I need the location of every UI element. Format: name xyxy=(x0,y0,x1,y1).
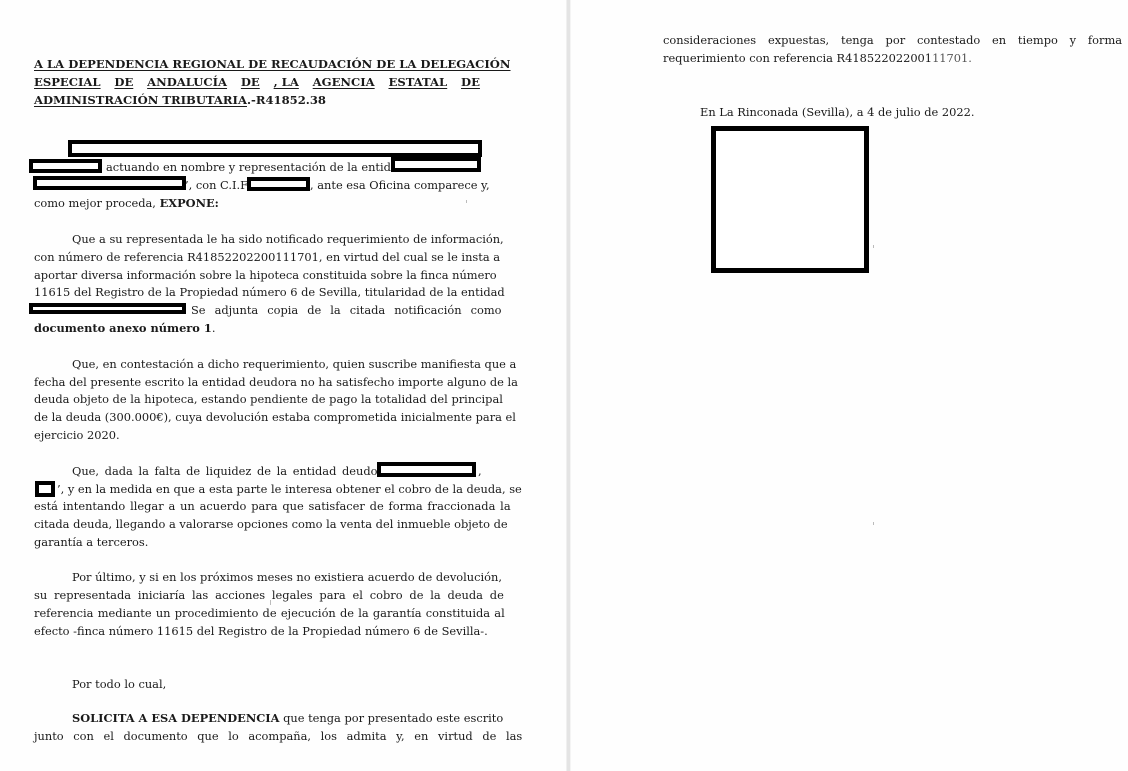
scan-speck xyxy=(270,600,271,605)
redaction-entity-name-2 xyxy=(33,176,186,190)
scan-speck xyxy=(466,200,467,203)
p1-line: documento anexo número 1. xyxy=(34,321,215,335)
p1-text: . xyxy=(212,321,216,335)
p6-line: SOLICITA A ESA DEPENDENCIA que tenga por… xyxy=(72,711,503,725)
p1-text: con número de referencia R41852202200111… xyxy=(34,250,500,264)
place-and-date: En La Rinconada (Sevilla), a 4 de julio … xyxy=(700,105,975,119)
document-page-2: consideraciones expuestas, tenga por con… xyxy=(571,0,1128,771)
p1-line: 11615 del Registro de la Propiedad númer… xyxy=(34,285,505,299)
heading-reference: .-R41852.38 xyxy=(247,93,326,107)
heading-word: , LA xyxy=(274,73,299,91)
heading-line-3: ADMINISTRACIÓN TRIBUTARIA.-R41852.38 xyxy=(34,91,480,109)
intro-line-2b: , ante esa Oficina comparece y, xyxy=(310,178,490,192)
redaction-entity-name-p1 xyxy=(29,303,186,314)
p1-line: aportar diversa información sobre la hip… xyxy=(34,268,497,282)
p4-line: su representada iniciaría las acciones l… xyxy=(34,588,504,602)
intro-line-1: actuando en nombre y representación de l… xyxy=(106,160,405,174)
p2-line: Que, en contestación a dicho requerimien… xyxy=(72,357,516,371)
intro-line-2a: ’, con C.I.F. xyxy=(185,178,250,192)
p3-line: Que, dada la falta de liquidez de la ent… xyxy=(72,464,390,478)
p6-line: junto con el documento que lo acompaña, … xyxy=(34,729,522,743)
intro-line-3: como mejor proceda, EXPONE: xyxy=(34,196,219,210)
heading-word: ANDALUCÍA xyxy=(147,73,227,91)
p2-line: fecha del presente escrito la entidad de… xyxy=(34,375,518,389)
document-page-1: A LA DEPENDENCIA REGIONAL DE RECAUDACIÓN… xyxy=(0,0,566,771)
redaction-entity-name-1 xyxy=(391,157,481,172)
p1-line: Que a su representada le ha sido notific… xyxy=(72,232,504,246)
p1-line: Se adjunta copia de la citada notificaci… xyxy=(191,303,502,317)
p3-line: está intentando llegar a un acuerdo para… xyxy=(34,499,511,513)
heading-word: DE xyxy=(461,73,480,91)
heading-agency: ADMINISTRACIÓN TRIBUTARIA xyxy=(34,93,247,107)
heading-line-1: A LA DEPENDENCIA REGIONAL DE RECAUDACIÓN… xyxy=(34,55,480,73)
page2-line-1: consideraciones expuestas, tenga por con… xyxy=(663,33,1128,47)
redaction-entity-cif xyxy=(247,177,310,191)
page2-text-faded: 11701. xyxy=(932,51,972,65)
page2-line-2: requerimiento con referencia R4185220220… xyxy=(663,51,972,65)
redaction-representative-name xyxy=(68,140,482,157)
paragraph-5: Por todo lo cual, xyxy=(72,677,166,691)
p2-line: deuda objeto de la hipoteca, estando pen… xyxy=(34,392,503,406)
p1-line: con número de referencia R41852202200111… xyxy=(34,250,480,264)
heading-line-2: ESPECIAL DE ANDALUCÍA DE , LA AGENCIA ES… xyxy=(34,73,480,91)
heading-word: DE xyxy=(241,73,260,91)
heading-word: DE xyxy=(114,73,133,91)
redaction-debtor-entity xyxy=(377,462,476,477)
p2-line: ejercicio 2020. xyxy=(34,428,120,442)
intro-text: como mejor proceda, xyxy=(34,196,156,210)
page2-text: requerimiento con referencia R4185220220… xyxy=(663,51,932,65)
p6-text: que tenga por presentado este escrito xyxy=(283,711,503,725)
p3-line: ’, y en la medida en que a esta parte le… xyxy=(57,482,522,496)
scan-speck xyxy=(873,522,874,525)
p4-line: efecto -finca número 11615 del Registro … xyxy=(34,624,488,638)
p4-line: Por último, y si en los próximos meses n… xyxy=(72,570,502,584)
redaction-signature xyxy=(711,126,869,273)
scan-speck xyxy=(873,245,874,248)
redaction-debtor-suffix xyxy=(35,481,55,497)
heading-word: ESPECIAL xyxy=(34,73,101,91)
heading-word: ESTATAL xyxy=(388,73,447,91)
redaction-representative-id xyxy=(29,159,102,173)
p3-line: garantía a terceros. xyxy=(34,535,148,549)
p3-line: citada deuda, llegando a valorarse opcio… xyxy=(34,517,508,531)
solicita-label: SOLICITA A ESA DEPENDENCIA xyxy=(72,711,279,725)
p4-line: referencia mediante un procedimiento de … xyxy=(34,606,505,620)
p2-line: de la deuda (300.000€), cuya devolución … xyxy=(34,410,516,424)
annex-reference: documento anexo número 1 xyxy=(34,321,212,335)
expone-label: EXPONE: xyxy=(160,196,219,210)
heading-word: AGENCIA xyxy=(313,73,375,91)
p3-line: , xyxy=(478,464,482,478)
document-heading: A LA DEPENDENCIA REGIONAL DE RECAUDACIÓN… xyxy=(34,55,480,109)
